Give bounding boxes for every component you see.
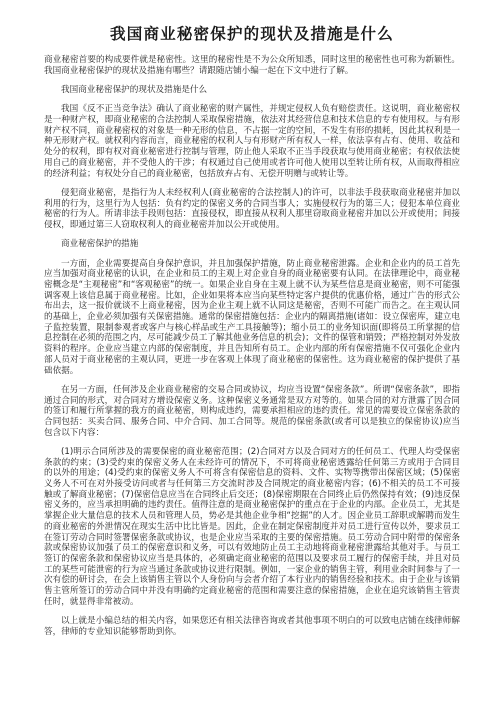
page-title: 我国商业秘密保护的现状及措施是什么 (44, 24, 460, 44)
internal-measures-paragraph: 一方面，企业需要提高自身保护意识，并且加强保护措施，防止商业秘密泄露。企业和企业… (44, 259, 460, 377)
contract-clause-paragraph: 在另一方面，任何涉及企业商业秘密的交易合同或协议，均应当设置“保密条款”。所谓“… (44, 385, 460, 439)
infringement-paragraph: 侵犯商业秘密，是指行为人未经权利人(商业秘密的合法控制人)的许可，以非法手段获取… (44, 188, 460, 231)
conclusion-paragraph: 以上就是小编总结的相关内容，如果您还有相关法律咨询或者其他事项不明白的可以致电店… (44, 616, 460, 637)
section-heading-protection-measures: 商业秘密保护的措施 (44, 239, 460, 250)
document-page: 我国商业秘密保护的现状及措施是什么 商业秘密首要的构成要件就是秘密性。这里的秘密… (44, 0, 460, 638)
intro-paragraph: 商业秘密首要的构成要件就是秘密性。这里的秘密性是不为公众所知悉，同时这里的秘密性… (44, 55, 460, 76)
section-heading-status-and-measures: 我国商业秘密保护的现状及措施是什么 (44, 85, 460, 96)
clause-contents-paragraph: (1)明示合同所涉及的需要保密的商业秘密范围；(2)合同对方以及合同对方的任何员… (44, 447, 460, 608)
property-right-paragraph: 我国《反不正当竞争法》确认了商业秘密的财产属性，并规定侵权人负有赔偿责任。这说明… (44, 104, 460, 179)
